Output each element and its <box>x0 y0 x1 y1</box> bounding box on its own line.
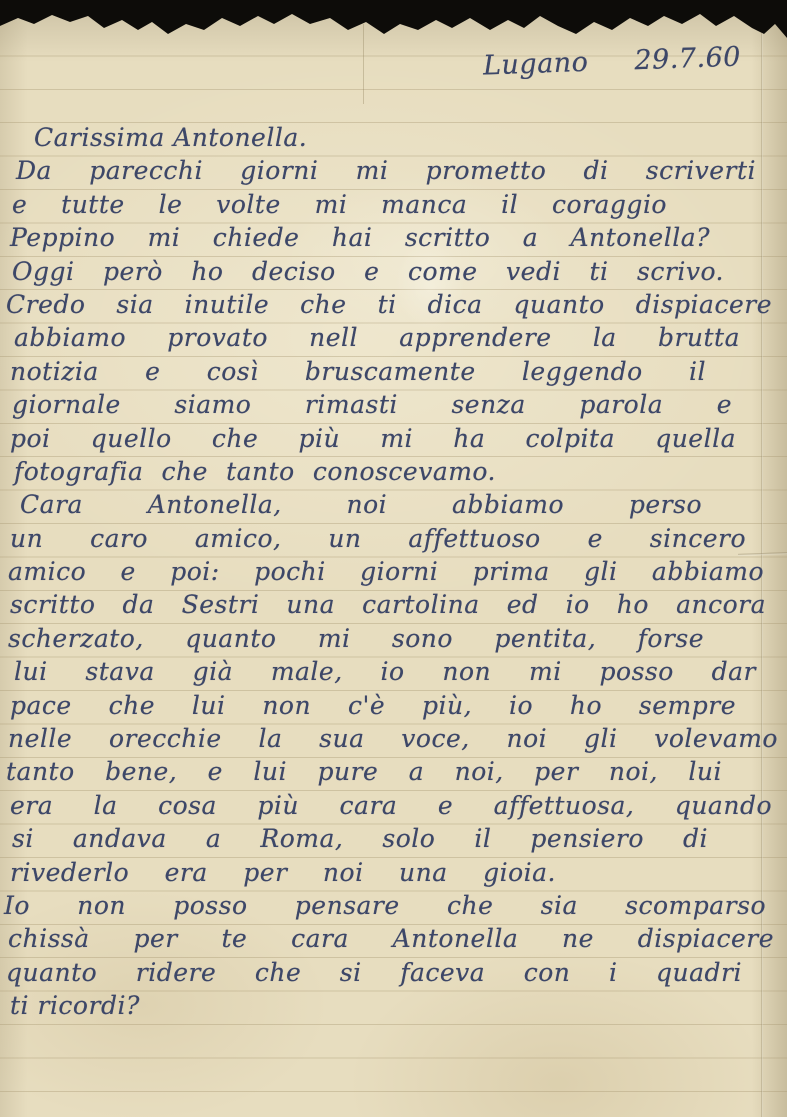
letter-line: Carissima Antonella. <box>34 121 781 154</box>
letter-line: scritto da Sestri una cartolina ed io ho… <box>10 588 766 621</box>
letter-line: era la cosa più cara e affettuosa, quand… <box>10 789 772 822</box>
letter-line: Da parecchi giorni mi prometto di scrive… <box>16 154 756 187</box>
letter-line: Cara Antonella, noi abbiamo perso <box>20 488 702 521</box>
letter-line: nelle orecchie la sua voce, noi gli vole… <box>8 722 778 755</box>
letter-line: quanto ridere che si faceva con i quadri <box>6 956 742 989</box>
letter-paper: Lugano 29.7.60 Carissima Antonella.Da pa… <box>0 0 787 1117</box>
letter-line: tanto bene, e lui pure a noi, per noi, l… <box>6 755 722 788</box>
letter-line: chissà per te cara Antonella ne dispiace… <box>8 922 774 955</box>
fold-crease-top <box>363 24 364 104</box>
letter-line: poi quello che più mi ha colpita quella <box>10 422 736 455</box>
letter-line: amico e poi: pochi giorni prima gli abbi… <box>8 555 764 588</box>
date-line: Lugano 29.7.60 <box>483 42 742 82</box>
letter-line: un caro amico, un affettuoso e sincero <box>10 522 746 555</box>
letter-line: Oggi però ho deciso e come vedi ti scriv… <box>12 255 724 288</box>
letter-line: ti ricordi? <box>10 989 781 1022</box>
letter-line: fotografia che tanto conoscevamo. <box>14 455 496 488</box>
letter-body: Carissima Antonella.Da parecchi giorni m… <box>0 121 781 1023</box>
letter-line: scherzato, quanto mi sono pentita, forse <box>8 622 704 655</box>
letter-scan: Lugano 29.7.60 Carissima Antonella.Da pa… <box>0 0 787 1117</box>
letter-line: notizia e così bruscamente leggendo il <box>10 355 706 388</box>
letter-line: giornale siamo rimasti senza parola e <box>12 388 732 421</box>
letter-line: e tutte le volte mi manca il coraggio <box>12 188 667 221</box>
letter-line: Credo sia inutile che ti dica quanto dis… <box>6 288 772 321</box>
letter-line: lui stava già male, io non mi posso dar <box>14 655 756 688</box>
letter-line: si andava a Roma, solo il pensiero di <box>12 822 708 855</box>
letter-line: pace che lui non c'è più, io ho sempre <box>10 689 736 722</box>
letter-line: Io non posso pensare che sia scomparso <box>4 889 766 922</box>
letter-line: Peppino mi chiede hai scritto a Antonell… <box>10 221 710 254</box>
letter-line: rivederlo era per noi una gioia. <box>10 856 556 889</box>
letter-line: abbiamo provato nell apprendere la brutt… <box>14 321 740 354</box>
